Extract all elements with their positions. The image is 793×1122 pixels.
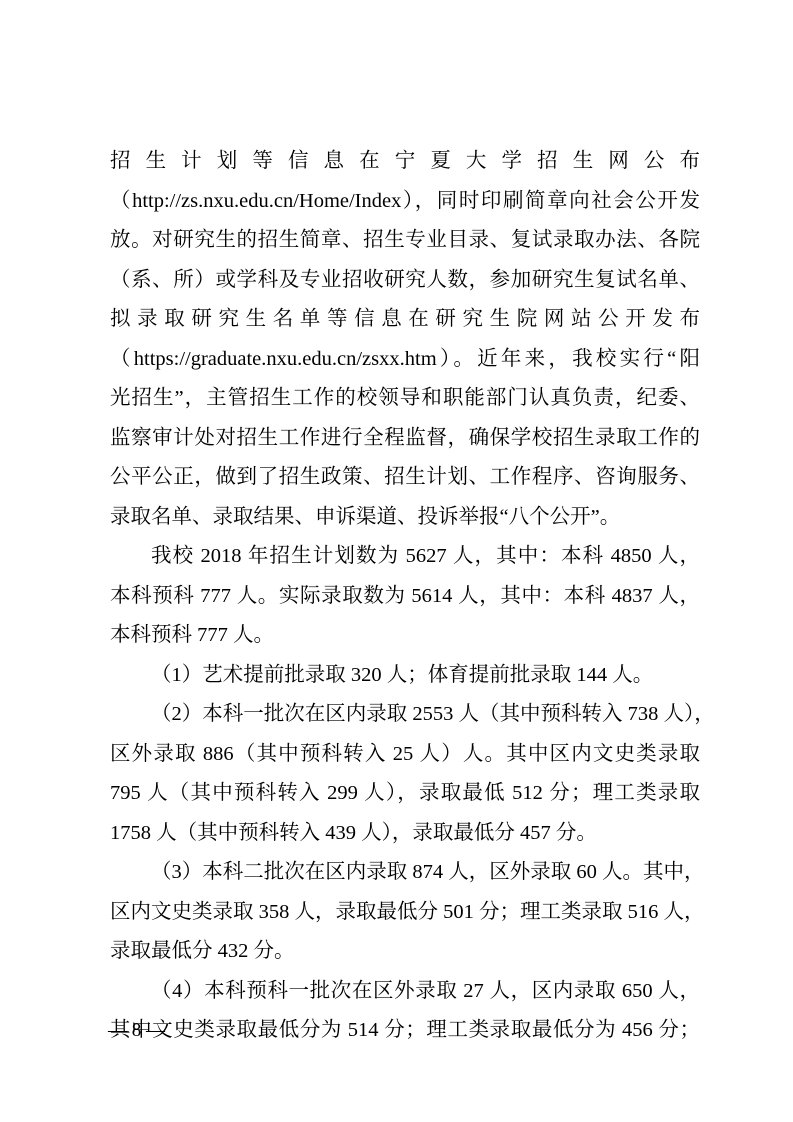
text-line: 其中文史类录取最低分为 514 分；理工类录取最低分为 456 分； [110,1011,700,1051]
paragraph-start-line: （1）艺术提前批录取 320 人；体育提前批录取 144 人。 [110,656,700,696]
text-line: （https://graduate.nxu.edu.cn/zsxx.htm）。近… [110,340,700,380]
page-number: — 8 — [108,1016,165,1046]
text-line: 放。对研究生的招生简章、招生专业目录、复试录取办法、各院 [110,221,700,261]
text-line: 区外录取 886（其中预科转入 25 人）人。其中区内文史类录取 [110,735,700,775]
paragraph-start-line: （4）本科预科一批次在区外录取 27 人，区内录取 650 人， [110,972,700,1012]
paragraph-start-line: （2）本科一批次在区内录取 2553 人（其中预科转入 738 人）， [110,695,700,735]
paragraph-start-line: 我校 2018 年招生计划数为 5627 人，其中：本科 4850 人， [110,537,700,577]
text-line: 公平公正，做到了招生政策、招生计划、工作程序、咨询服务、 [110,458,700,498]
text-line: （http://zs.nxu.edu.cn/Home/Index），同时印刷简章… [110,182,700,222]
text-line: 拟录取研究生名单等信息在研究生院网站公开发布 [110,300,700,340]
text-line: 本科预科 777 人。实际录取数为 5614 人，其中：本科 4837 人， [110,577,700,617]
text-line: 本科预科 777 人。 [110,616,700,656]
text-line: 光招生”，主管招生工作的校领导和职能部门认真负责，纪委、 [110,379,700,419]
text-line: 1758 人（其中预科转入 439 人），录取最低分 457 分。 [110,814,700,854]
text-line: 监察审计处对招生工作进行全程监督，确保学校招生录取工作的 [110,419,700,459]
text-line: 区内文史类录取 358 人，录取最低分 501 分；理工类录取 516 人， [110,893,700,933]
text-line: （系、所）或学科及专业招收研究人数，参加研究生复试名单、 [110,261,700,301]
text-line: 795 人（其中预科转入 299 人），录取最低 512 分；理工类录取 [110,774,700,814]
document-body: 招生计划等信息在宁夏大学招生网公布 （http://zs.nxu.edu.cn/… [110,142,700,1051]
text-line: 招生计划等信息在宁夏大学招生网公布 [110,142,700,182]
paragraph-start-line: （3）本科二批次在区内录取 874 人，区外录取 60 人。其中， [110,853,700,893]
text-line: 录取名单、录取结果、申诉渠道、投诉举报“八个公开”。 [110,498,700,538]
text-line: 录取最低分 432 分。 [110,932,700,972]
